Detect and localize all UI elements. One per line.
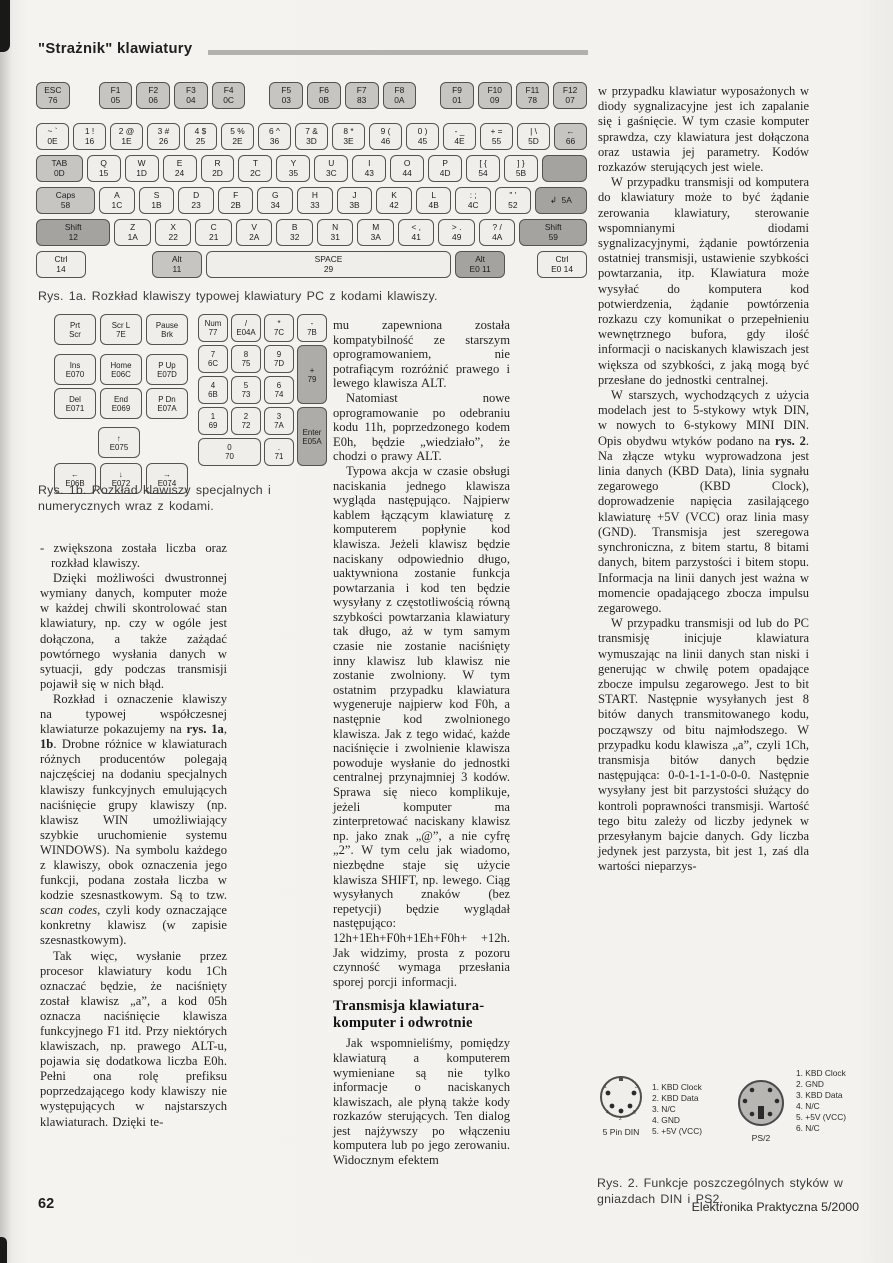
kbd-key: C21 [195, 219, 232, 246]
paragraph: W starszych, wychodzących z użycia model… [598, 388, 809, 616]
kbd-key: Z1A [114, 219, 151, 246]
key-gap [249, 82, 265, 109]
nav-key: ↑E075 [98, 427, 140, 458]
numeric-keypad-diagram: Num77/E04A*7C-7B76C87597D+7946B573674169… [198, 314, 327, 466]
paragraph: W przypadku transmisji od komputera do k… [598, 175, 809, 388]
numpad-key: 97D [264, 345, 294, 373]
kbd-key: ESC76 [36, 82, 70, 109]
kbd-key: I43 [352, 155, 386, 182]
kbd-key: Y35 [276, 155, 310, 182]
numpad-key: 46B [198, 376, 228, 404]
kbd-key [542, 155, 587, 182]
fig1b-caption: Rys. 1b. Rozkład klawiszy specjalnych i … [38, 483, 312, 514]
nav-key: P UpE07D [146, 354, 188, 385]
kbd-key: A1C [99, 187, 135, 214]
nav-spacer [144, 427, 184, 458]
kbd-key: ~ `0E [36, 123, 69, 150]
text-column-2: mu zapewniona została kompatybilność ze … [333, 318, 510, 1168]
paragraph: Natomiast nowe oprogramowanie po odebran… [333, 391, 510, 464]
keyboard-row: ESC76F105F206F304F40CF503F60BF783F80AF90… [36, 82, 587, 109]
text-column-1: - zwiększona została liczba oraz rozkład… [40, 541, 227, 1130]
pin-label: 3. KBD Data [796, 1090, 846, 1101]
numpad-key: /E04A [231, 314, 261, 342]
kbd-key: W1D [125, 155, 159, 182]
kbd-key: | \5D [517, 123, 550, 150]
din-label: 5 Pin DIN [603, 1127, 640, 1137]
kbd-key: J3B [337, 187, 373, 214]
pin-label: 4. GND [652, 1115, 730, 1126]
kbd-key: F40C [212, 82, 246, 109]
kbd-key: ←66 [554, 123, 587, 150]
nav-key: PauseBrk [146, 314, 188, 345]
kbd-key: M3A [357, 219, 394, 246]
kbd-key: U3C [314, 155, 348, 182]
kbd-key: 5 %2E [221, 123, 254, 150]
nav-key-row: PrtScrScr L7EPauseBrk [54, 314, 188, 345]
paragraph: W przypadku transmisji od lub do PC tran… [598, 616, 809, 874]
ps2-connector: PS/2 [734, 1076, 788, 1143]
kbd-key: SPACE29 [206, 251, 451, 278]
kbd-key: 0 )45 [406, 123, 439, 150]
keyboard-row: Caps58A1CS1BD23F2BG34H33J3BK42L4B: ;4C" … [36, 187, 587, 214]
kbd-key: > .49 [438, 219, 475, 246]
connector-pinout-figure: 1 3 4 5 2 5 Pin DIN 1. KBD Clock2. KBD D… [596, 1060, 864, 1143]
kbd-key: Ctrl14 [36, 251, 86, 278]
nav-key: InsE070 [54, 354, 96, 385]
paragraph: Dzięki możliwości dwustronnej wymiany da… [40, 571, 227, 692]
nav-key-row: ↑E075 [54, 427, 188, 458]
nav-spacer [54, 427, 94, 458]
section-heading: Transmisja klawiatura-komputer i odwrotn… [333, 998, 510, 1032]
kbd-key: X22 [155, 219, 192, 246]
scan-mark-bottom-left [0, 1237, 7, 1263]
numpad-key: EnterE05A [297, 407, 327, 466]
key-gap [420, 82, 436, 109]
kbd-key: 8 *3E [332, 123, 365, 150]
kbd-key: H33 [297, 187, 333, 214]
kbd-key: Shift59 [519, 219, 587, 246]
svg-text:1: 1 [604, 1084, 607, 1090]
fig1a-caption: Rys. 1a. Rozkład klawiszy typowej klawia… [38, 289, 598, 305]
svg-text:3: 3 [635, 1084, 638, 1090]
kbd-key: Caps58 [36, 187, 95, 214]
pin-label: 2. GND [796, 1079, 846, 1090]
text-column-3: w przypadku klawiatur wyposażonych w dio… [598, 84, 809, 875]
kbd-key: < ,41 [398, 219, 435, 246]
kbd-key: N31 [317, 219, 354, 246]
nav-key-row: DelE071EndE069P DnE07A [54, 388, 188, 419]
journal-name: Elektronika Praktyczna 5/2000 [692, 1200, 859, 1214]
kbd-key: F105 [99, 82, 133, 109]
magazine-page: "Strażnik" klawiatury ESC76F105F206F304F… [0, 0, 893, 1263]
keyboard-layout-diagram: ESC76F105F206F304F40CF503F60BF783F80AF90… [36, 82, 587, 283]
kbd-key: ? /4A [479, 219, 516, 246]
nav-key: EndE069 [100, 388, 142, 419]
kbd-key: : ;4C [455, 187, 491, 214]
special-keys-diagram: PrtScrScr L7EPauseBrkInsE070HomeE06CP Up… [54, 314, 188, 497]
paragraph: Rozkład i oznaczenie klawiszy na typowej… [40, 692, 227, 949]
kbd-key: F206 [136, 82, 170, 109]
nav-key: Scr L7E [100, 314, 142, 345]
kbd-key: G34 [257, 187, 293, 214]
key-gap [90, 251, 148, 278]
kbd-key: 2 @1E [110, 123, 143, 150]
pin-label: 5. +5V (VCC) [796, 1112, 846, 1123]
kbd-key: + =55 [480, 123, 513, 150]
kbd-key: ] }5B [504, 155, 538, 182]
numpad-key: +79 [297, 345, 327, 404]
key-gap [74, 82, 95, 109]
kbd-key: ↲ 5A [535, 187, 587, 214]
numpad-key: .71 [264, 438, 294, 466]
keyboard-row: Ctrl14Alt11SPACE29AltE0 11CtrlE0 14 [36, 251, 587, 278]
numpad-key: -7B [297, 314, 327, 342]
numpad-key: 169 [198, 407, 228, 435]
kbd-key: T2C [238, 155, 272, 182]
nav-key-row: InsE070HomeE06CP UpE07D [54, 354, 188, 385]
din-pin-list: 1. KBD Clock2. KBD Data3. N/C4. GND5. +5… [652, 1082, 730, 1137]
scan-mark-top-left [0, 0, 10, 52]
kbd-key: E24 [163, 155, 197, 182]
nav-key: HomeE06C [100, 354, 142, 385]
kbd-key: AltE0 11 [455, 251, 505, 278]
numpad-key: 76C [198, 345, 228, 373]
keyboard-row: ~ `0E1 !162 @1E3 #264 $255 %2E6 ^367 &3D… [36, 123, 587, 150]
kbd-key: F1178 [516, 82, 550, 109]
kbd-key: 7 &3D [295, 123, 328, 150]
kbd-key: B32 [276, 219, 313, 246]
nav-key: PrtScr [54, 314, 96, 345]
paragraph: Jak wspomnieliśmy, pomiędzy klawiaturą a… [333, 1036, 510, 1167]
kbd-key: K42 [376, 187, 412, 214]
kbd-key: Alt11 [152, 251, 202, 278]
pin-label: 1. KBD Clock [796, 1068, 846, 1079]
kbd-key: F80A [383, 82, 417, 109]
kbd-key: 6 ^36 [258, 123, 291, 150]
numpad-key: *7C [264, 314, 294, 342]
kbd-key: L4B [416, 187, 452, 214]
kbd-key: Shift12 [36, 219, 110, 246]
keyboard-row: TAB0DQ15W1DE24R2DT2CY35U3CI43O44P4D[ {54… [36, 155, 587, 182]
kbd-key: F901 [440, 82, 474, 109]
kbd-key: 1 !16 [73, 123, 106, 150]
pin-label: 6. N/C [796, 1123, 846, 1134]
page-number: 62 [38, 1196, 54, 1212]
numpad-key: 070 [198, 438, 261, 466]
kbd-key: F2B [218, 187, 254, 214]
numpad-key: 573 [231, 376, 261, 404]
kbd-key: V2A [236, 219, 273, 246]
svg-text:4: 4 [606, 1110, 609, 1116]
kbd-key: P4D [428, 155, 462, 182]
numpad-key: 272 [231, 407, 261, 435]
pin-label: 3. N/C [652, 1104, 730, 1115]
kbd-key: 4 $25 [184, 123, 217, 150]
kbd-key: R2D [201, 155, 235, 182]
kbd-key: [ {54 [466, 155, 500, 182]
pin-label: 5. +5V (VCC) [652, 1126, 730, 1137]
din-connector-icon: 1 3 4 5 2 [596, 1070, 646, 1126]
kbd-key: F60B [307, 82, 341, 109]
pin-label: 2. KBD Data [652, 1093, 730, 1104]
paragraph: w przypadku klawiatur wyposażonych w dio… [598, 84, 809, 175]
numpad-key: 875 [231, 345, 261, 373]
kbd-key: 3 #26 [147, 123, 180, 150]
svg-text:5: 5 [633, 1110, 636, 1116]
article-title: "Strażnik" klawiatury [38, 41, 192, 57]
kbd-key: F783 [345, 82, 379, 109]
ps2-pin-list: 1. KBD Clock2. GND3. KBD Data4. N/C5. +5… [796, 1068, 846, 1134]
kbd-key: O44 [390, 155, 424, 182]
kbd-key: F1207 [553, 82, 587, 109]
nav-key: DelE071 [54, 388, 96, 419]
kbd-key: F503 [269, 82, 303, 109]
kbd-key: D23 [178, 187, 214, 214]
paragraph: mu zapewniona została kompatybilność ze … [333, 318, 510, 391]
nav-key: P DnE07A [146, 388, 188, 419]
numpad-key: 37A [264, 407, 294, 435]
scan-gutter-shadow [0, 0, 12, 1263]
svg-text:2: 2 [619, 1116, 622, 1122]
ps2-label: PS/2 [752, 1133, 771, 1143]
numpad-key: 674 [264, 376, 294, 404]
kbd-key: " '52 [495, 187, 531, 214]
kbd-key: TAB0D [36, 155, 83, 182]
ps2-connector-icon [734, 1076, 788, 1132]
pin-label: 1. KBD Clock [652, 1082, 730, 1093]
din-connector: 1 3 4 5 2 5 Pin DIN [596, 1070, 646, 1137]
key-gap [509, 251, 533, 278]
kbd-key: F304 [174, 82, 208, 109]
kbd-key: F1009 [478, 82, 512, 109]
kbd-key: Q15 [87, 155, 121, 182]
kbd-key: 9 (46 [369, 123, 402, 150]
pin-label: 4. N/C [796, 1101, 846, 1112]
kbd-key: - _4E [443, 123, 476, 150]
kbd-key: S1B [139, 187, 175, 214]
paragraph: Typowa akcja w czasie obsługi naciskania… [333, 464, 510, 989]
keyboard-row: Shift12Z1AX22C21V2AB32N31M3A< ,41> .49? … [36, 219, 587, 246]
kbd-key: CtrlE0 14 [537, 251, 587, 278]
header-rule [208, 50, 588, 55]
paragraph: Tak więc, wysłanie przez procesor klawia… [40, 949, 227, 1130]
paragraph: - zwiększona została liczba oraz rozkład… [40, 541, 227, 571]
numpad-key: Num77 [198, 314, 228, 342]
